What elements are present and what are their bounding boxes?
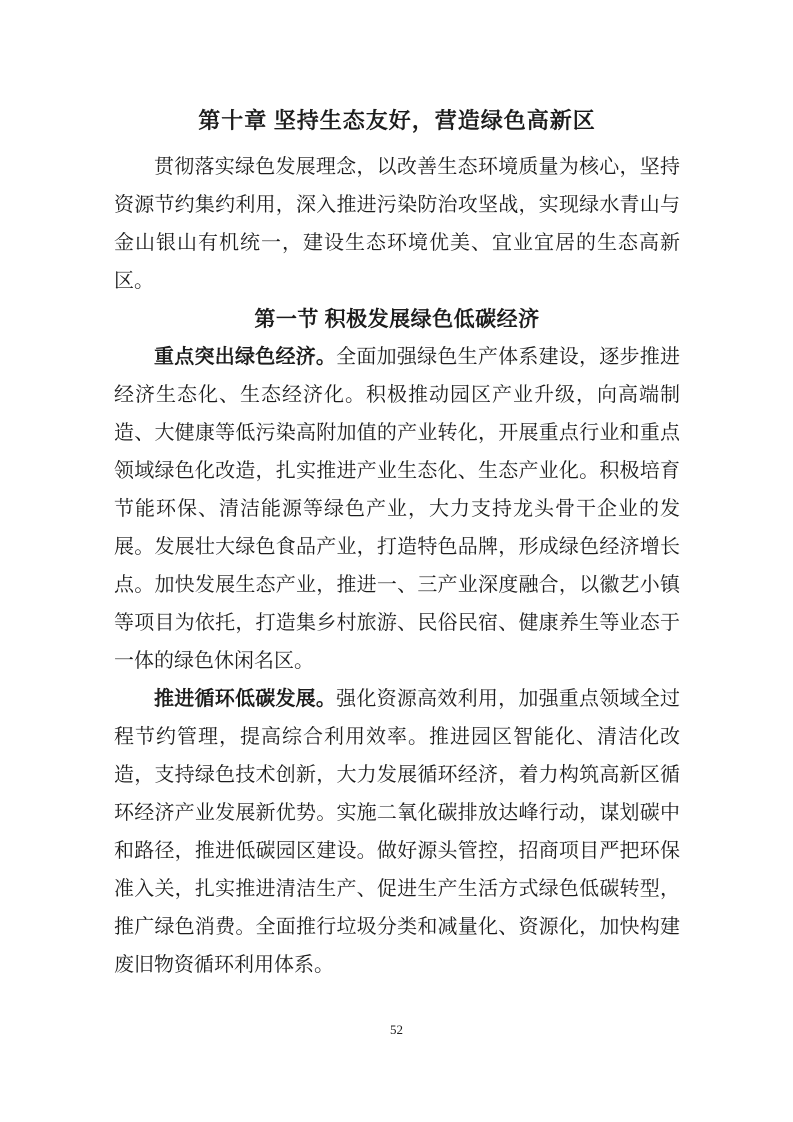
- paragraph-low-carbon-text: 强化资源高效利用，加强重点领域全过程节约管理，提高综合利用效率。推进园区智能化、…: [114, 688, 680, 976]
- paragraph-green-economy: 重点突出绿色经济。全面加强绿色生产体系建设，逐步推进经济生态化、生态经济化。积极…: [114, 338, 680, 680]
- document-content: 第十章 坚持生态友好，营造绿色高新区 贯彻落实绿色发展理念，以改善生态环境质量为…: [114, 100, 680, 984]
- paragraph-low-carbon-lead: 推进循环低碳发展。: [154, 688, 336, 710]
- document-page: 第十章 坚持生态友好，营造绿色高新区 贯彻落实绿色发展理念，以改善生态环境质量为…: [0, 0, 793, 1122]
- paragraph-green-economy-text: 全面加强绿色生产体系建设，逐步推进经济生态化、生态经济化。积极推动园区产业升级，…: [114, 346, 680, 672]
- paragraph-green-economy-lead: 重点突出绿色经济。: [154, 346, 336, 368]
- chapter-title: 第十章 坚持生态友好，营造绿色高新区: [114, 100, 680, 142]
- intro-paragraph: 贯彻落实绿色发展理念，以改善生态环境质量为核心，坚持资源节约集约利用，深入推进污…: [114, 148, 680, 300]
- paragraph-low-carbon: 推进循环低碳发展。强化资源高效利用，加强重点领域全过程节约管理，提高综合利用效率…: [114, 680, 680, 984]
- section-heading: 第一节 积极发展绿色低碳经济: [114, 300, 680, 338]
- page-number: 52: [0, 1022, 793, 1038]
